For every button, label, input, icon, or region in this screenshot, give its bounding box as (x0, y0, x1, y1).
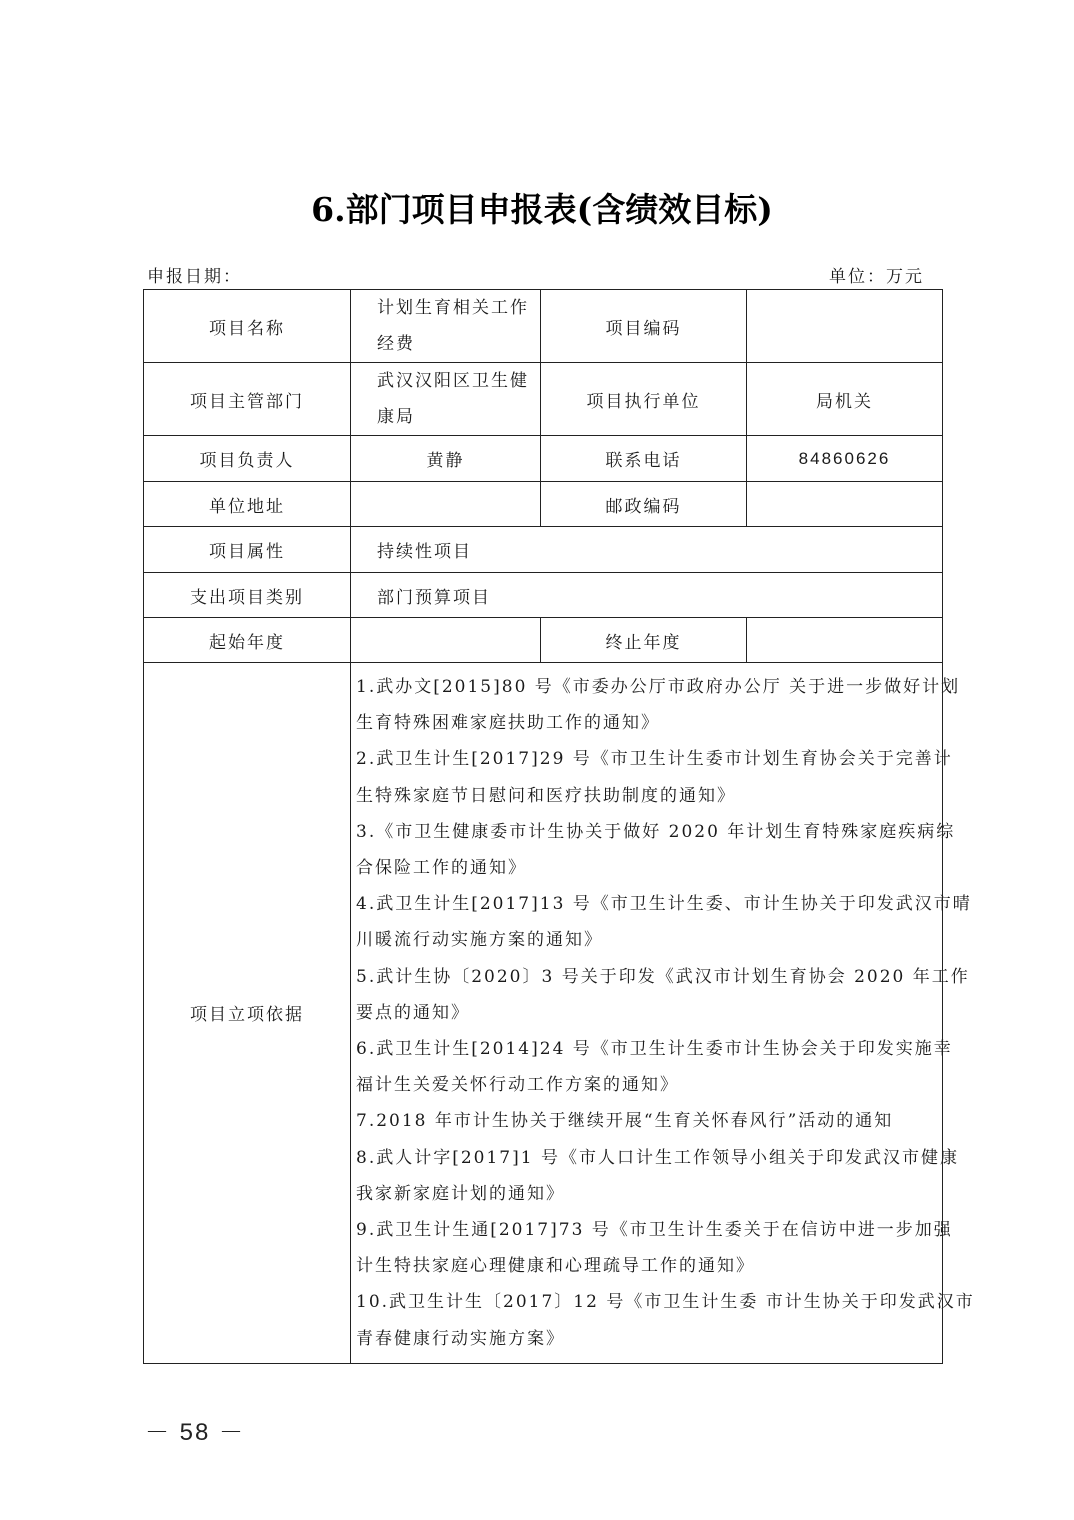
postcode-label: 邮政编码 (541, 482, 747, 527)
report-date-label: 申报日期： (147, 262, 242, 287)
start-year-value (351, 618, 541, 663)
project-name-line1: 计划生育相关工作 (377, 290, 534, 326)
end-year-value (747, 618, 943, 663)
dept-line2: 康局 (377, 399, 534, 435)
basis-label: 项目立项依据 (144, 663, 351, 1364)
basis-line: 2.武卫生计生[2017]29 号《市卫生计生委市计划生育协会关于完善计 (356, 741, 938, 777)
page-number: － 58 － (145, 1412, 245, 1447)
dept-value: 武汉汉阳区卫生健 康局 (351, 363, 541, 436)
row-department: 项目主管部门 武汉汉阳区卫生健 康局 项目执行单位 局机关 (144, 363, 943, 436)
dept-line1: 武汉汉阳区卫生健 (377, 363, 534, 399)
basis-line: 生育特殊困难家庭扶助工作的通知》 (356, 705, 938, 741)
basis-content: 1.武办文[2015]80 号《市委办公厅市政府办公厅 关于进一步做好计划 生育… (351, 663, 943, 1364)
exec-unit-label: 项目执行单位 (541, 363, 747, 436)
project-code-label: 项目编码 (541, 290, 747, 363)
owner-label: 项目负责人 (144, 436, 351, 482)
basis-line: 10.武卫生计生〔2017〕12 号《市卫生计生委 市计生协关于印发武汉市 (356, 1284, 938, 1320)
row-address: 单位地址 邮政编码 (144, 482, 943, 527)
basis-line: 川暖流行动实施方案的通知》 (356, 922, 938, 958)
basis-line: 青春健康行动实施方案》 (356, 1321, 938, 1357)
unit-label: 单位：万元 (829, 262, 924, 287)
basis-line: 合保险工作的通知》 (356, 850, 938, 886)
phone-label: 联系电话 (541, 436, 747, 482)
document-title: 6.部门项目申报表(含绩效目标) (0, 184, 1074, 231)
start-year-label: 起始年度 (144, 618, 351, 663)
project-application-table: 项目名称 计划生育相关工作 经费 项目编码 项目主管部门 武汉汉阳区卫生健 康局… (143, 289, 943, 1364)
category-label: 支出项目类别 (144, 573, 351, 618)
row-owner: 项目负责人 黄静 联系电话 84860626 (144, 436, 943, 482)
category-value: 部门预算项目 (351, 573, 943, 618)
row-project-name: 项目名称 计划生育相关工作 经费 项目编码 (144, 290, 943, 363)
address-value (351, 482, 541, 527)
basis-line: 1.武办文[2015]80 号《市委办公厅市政府办公厅 关于进一步做好计划 (356, 669, 938, 705)
basis-line: 要点的通知》 (356, 995, 938, 1031)
row-basis: 项目立项依据 1.武办文[2015]80 号《市委办公厅市政府办公厅 关于进一步… (144, 663, 943, 1364)
dept-label: 项目主管部门 (144, 363, 351, 436)
row-category: 支出项目类别 部门预算项目 (144, 573, 943, 618)
basis-line: 5.武计生协〔2020〕3 号关于印发《武汉市计划生育协会 2020 年工作 (356, 959, 938, 995)
basis-line: 7.2018 年市计生协关于继续开展“生育关怀春风行”活动的通知 (356, 1103, 938, 1139)
project-name-label: 项目名称 (144, 290, 351, 363)
project-code-value (747, 290, 943, 363)
end-year-label: 终止年度 (541, 618, 747, 663)
basis-line: 4.武卫生计生[2017]13 号《市卫生计生委、市计生协关于印发武汉市晴 (356, 886, 938, 922)
basis-line: 8.武人计字[2017]1 号《市人口计生工作领导小组关于印发武汉市健康 (356, 1140, 938, 1176)
owner-value: 黄静 (351, 436, 541, 482)
phone-value: 84860626 (747, 436, 943, 482)
basis-line: 9.武卫生计生通[2017]73 号《市卫生计生委关于在信访中进一步加强 (356, 1212, 938, 1248)
exec-unit-value: 局机关 (747, 363, 943, 436)
basis-line: 我家新家庭计划的通知》 (356, 1176, 938, 1212)
postcode-value (747, 482, 943, 527)
project-name-line2: 经费 (377, 326, 534, 362)
basis-line: 福计生关爱关怀行动工作方案的通知》 (356, 1067, 938, 1103)
basis-line: 6.武卫生计生[2014]24 号《市卫生计生委市计生协会关于印发实施幸 (356, 1031, 938, 1067)
basis-line: 3.《市卫生健康委市计生协关于做好 2020 年计划生育特殊家庭疾病综 (356, 814, 938, 850)
project-name-value: 计划生育相关工作 经费 (351, 290, 541, 363)
basis-line: 计生特扶家庭心理健康和心理疏导工作的通知》 (356, 1248, 938, 1284)
attribute-value: 持续性项目 (351, 527, 943, 573)
row-years: 起始年度 终止年度 (144, 618, 943, 663)
attribute-label: 项目属性 (144, 527, 351, 573)
row-attribute: 项目属性 持续性项目 (144, 527, 943, 573)
address-label: 单位地址 (144, 482, 351, 527)
basis-line: 生特殊家庭节日慰问和医疗扶助制度的通知》 (356, 778, 938, 814)
